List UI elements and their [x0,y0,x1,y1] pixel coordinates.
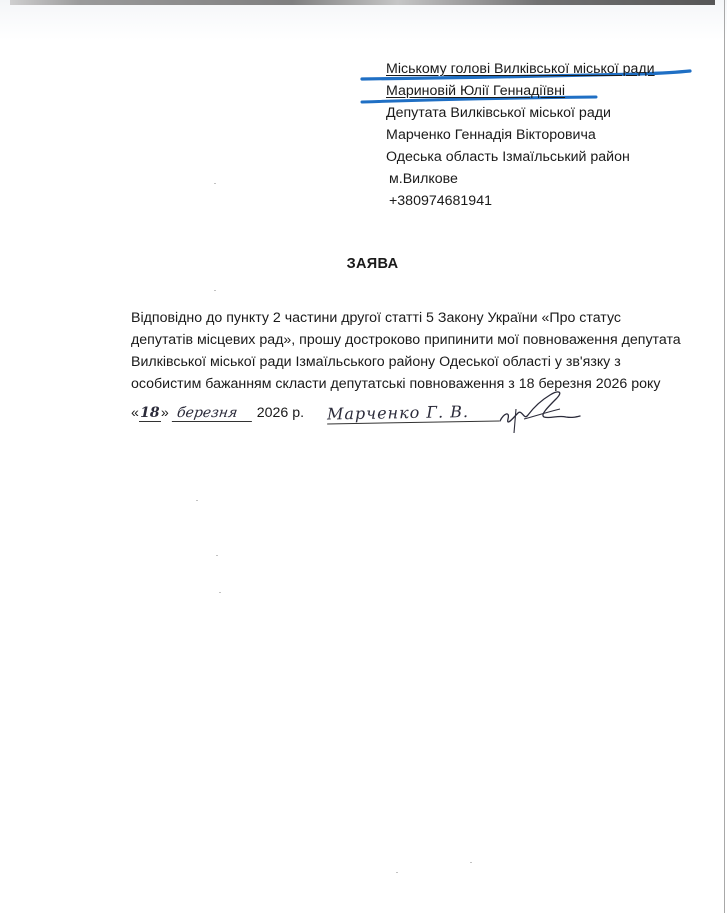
scan-speck [214,183,216,184]
scan-speck [470,862,472,863]
close-quote: » [161,405,169,421]
body-line: Вилківської міської ради Ізмаїльського р… [131,351,721,373]
sender-title: Депутата Вилківської міської ради [386,102,655,124]
scan-speck [196,500,198,501]
scanned-document-page: Міському голові Вилківської міської ради… [0,0,727,913]
sender-region: Одеська область Ізмаїльський район [386,146,655,168]
document-title: ЗАЯВА [0,256,727,272]
handwritten-month: березня [172,405,254,422]
scan-speck [216,555,218,556]
body-line: Відповідно до пункту 2 частини другої ст… [131,307,721,329]
scan-speck [219,592,221,593]
scan-speck [396,872,398,873]
body-line: депутатів місцевих рад», прошу достроков… [131,329,721,351]
sender-name: Марченко Геннадія Вікторовича [386,124,655,146]
year-text: 2026 р. [257,405,304,421]
open-quote: « [131,405,139,421]
statement-body: Відповідно до пункту 2 частини другої ст… [131,307,721,395]
signature-scribble-icon [494,387,584,435]
scan-speck [214,290,216,291]
sender-city: м.Вилкове [386,168,655,190]
addressee-block: Міському голові Вилківської міської ради… [386,58,655,212]
scan-border-right-edge [724,0,725,913]
handwritten-day: 18 [139,405,161,422]
body-line: особистим бажанням скласти депутатські п… [131,373,721,395]
recipient-title: Міському голові Вилківської міської ради [386,58,655,80]
scan-shadow-top-edge [10,0,715,5]
handwritten-signature-name: Марченко Г. В. [327,402,499,425]
sender-phone: +380974681941 [386,190,655,212]
recipient-name: Мариновій Юлії Геннадіївні [386,80,655,102]
date-signature-row: «18» березня 2026 р. Марченко Г. В. [131,405,304,435]
